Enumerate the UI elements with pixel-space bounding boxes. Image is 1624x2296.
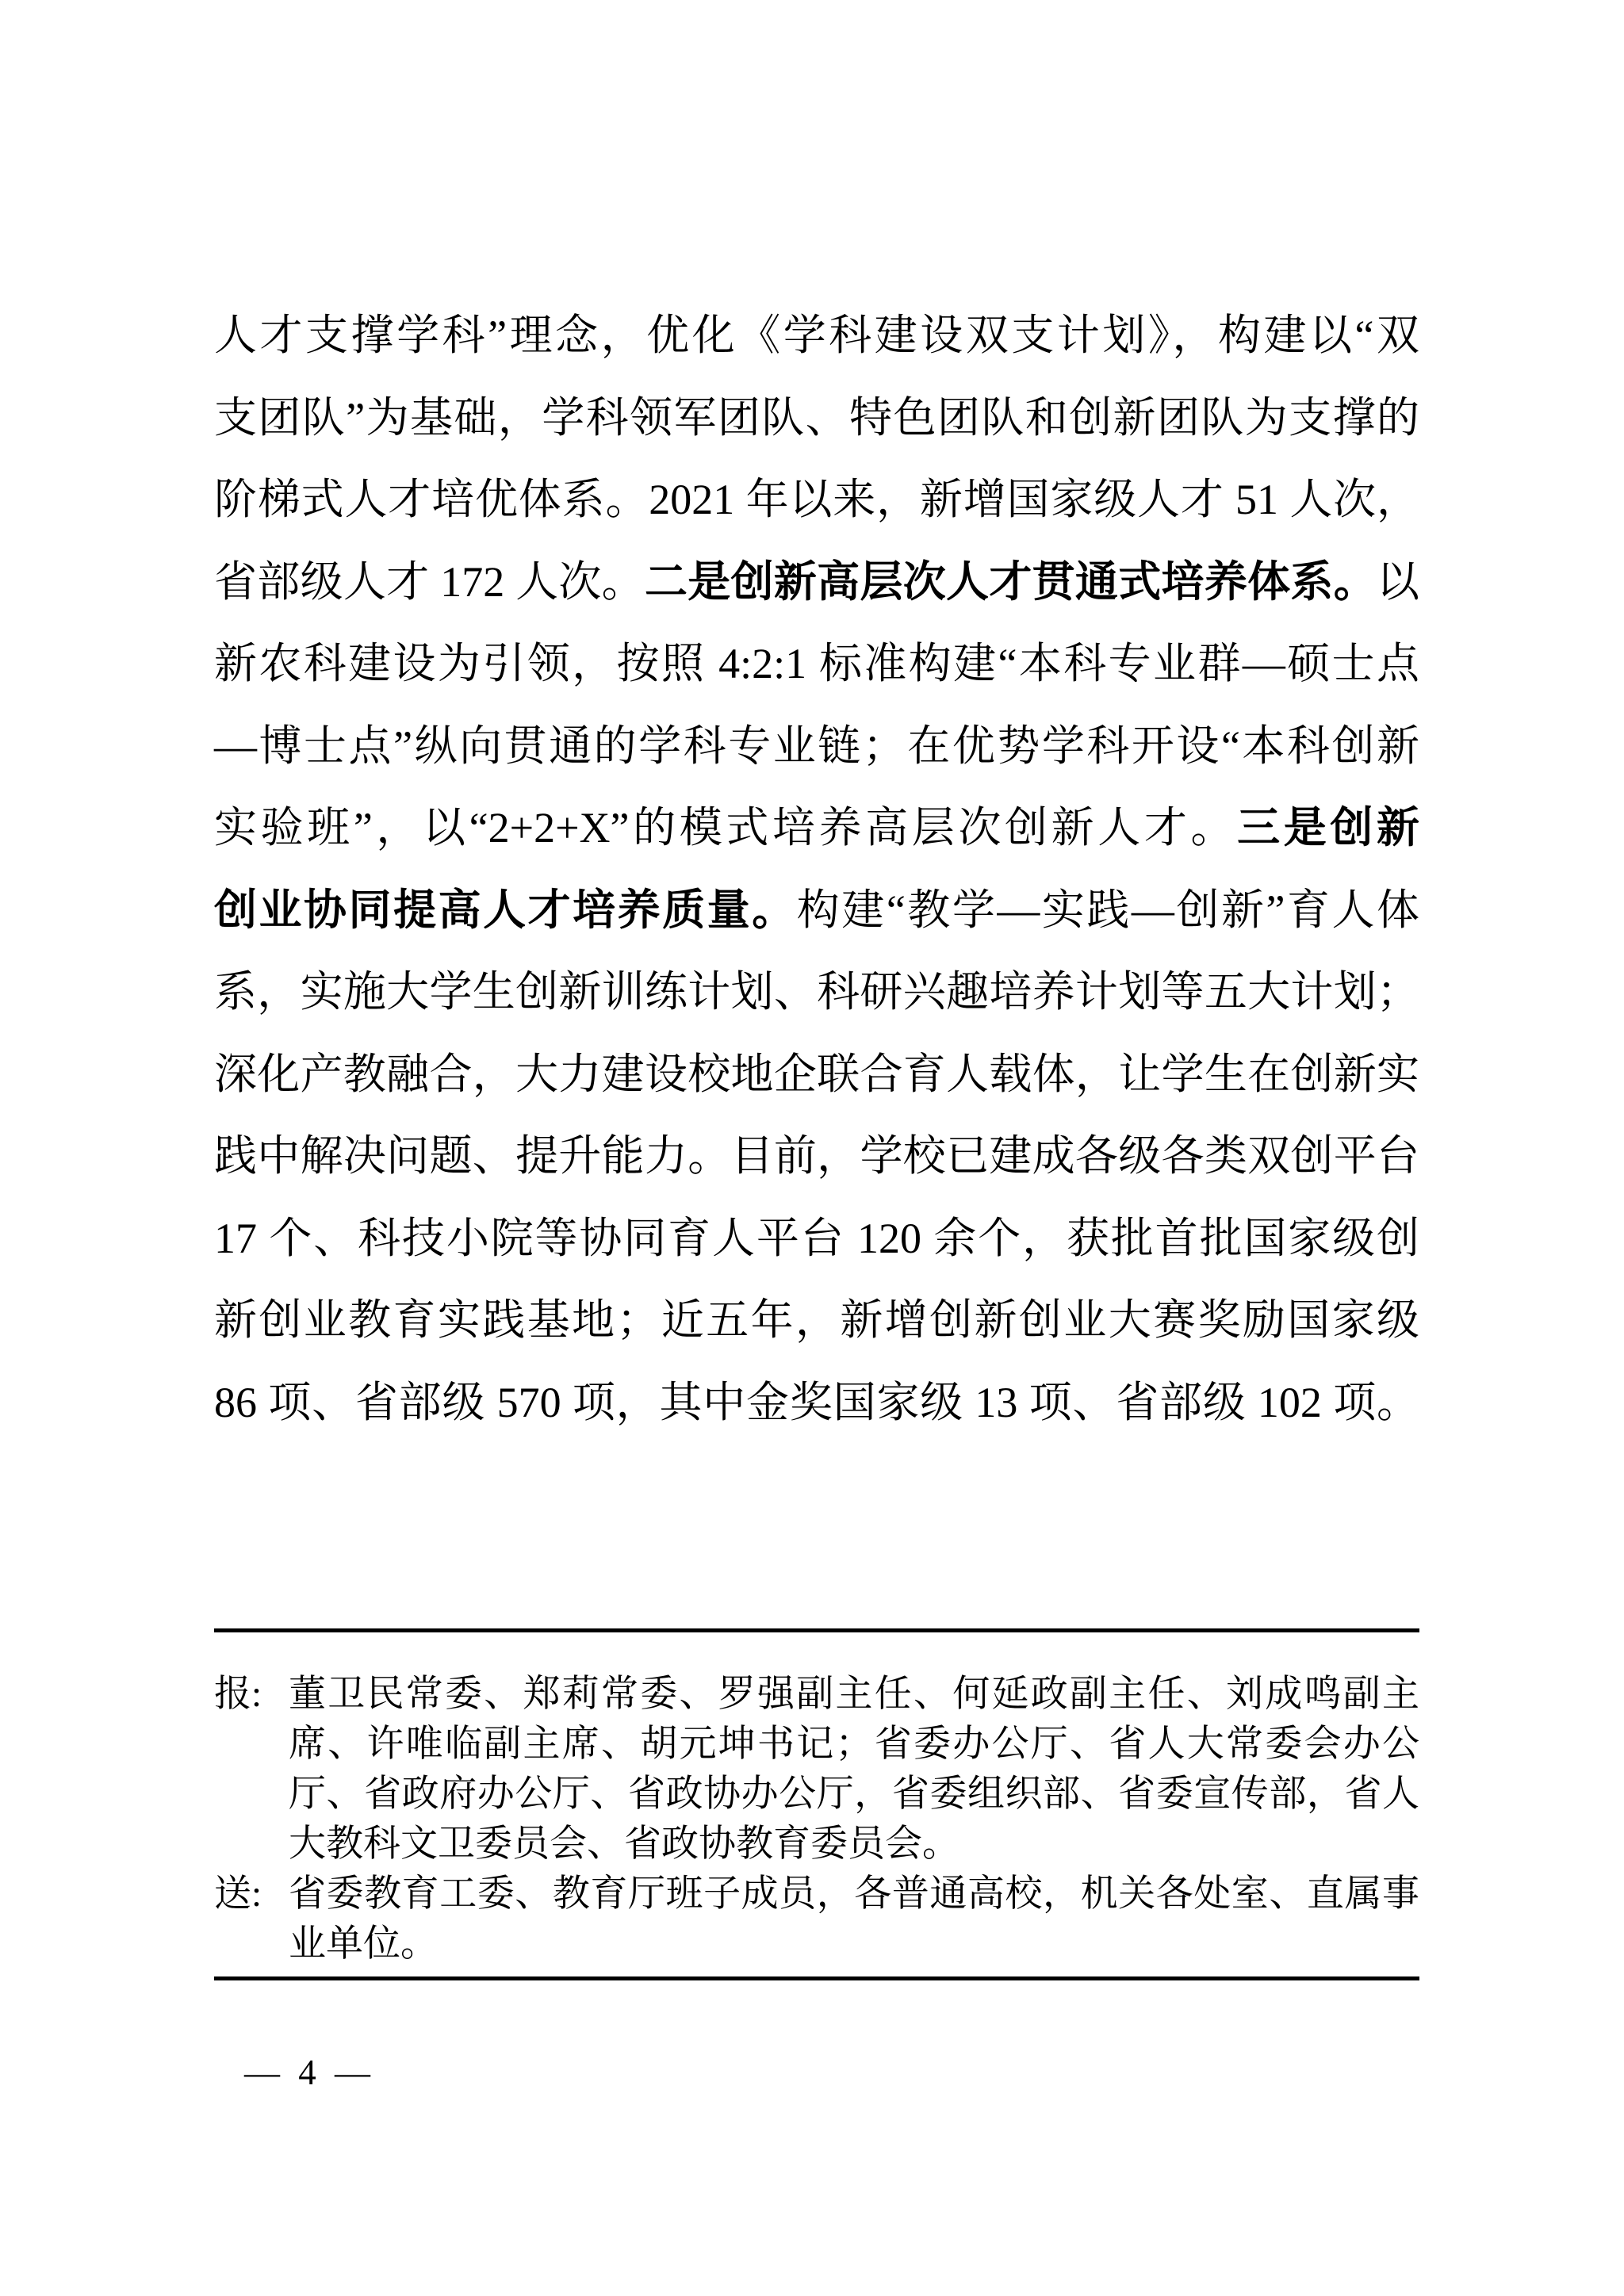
distribution-content: 董卫民常委、郑莉常委、罗强副主任、何延政副主任、刘成鸣副主席、许唯临副主席、胡元… (289, 1674, 1419, 1865)
body-line: 阶梯式人才培优体系。2021 年以来，新增国家级人才 51 人次， (214, 459, 1419, 541)
distribution-entry: 报:董卫民常委、郑莉常委、罗强副主任、何延政副主任、刘成鸣副主席、许唯临副主席、… (214, 1670, 1419, 1869)
document-body: 人才支撑学科”理念，优化《学科建设双支计划》，构建以“双支团队”为基础，学科领军… (214, 295, 1419, 1444)
distribution-entry: 送:省委教育工委、教育厅班子成员，各普通高校，机关各处室、直属事业单位。 (214, 1869, 1419, 1969)
body-line: 人才支撑学科”理念，优化《学科建设双支计划》，构建以“双 (214, 295, 1419, 377)
body-segment: 构建“教学—实践—创新”育人体 (797, 886, 1419, 934)
body-segment: 以 (1377, 558, 1419, 606)
body-line: 86 项、省部级 570 项，其中金奖国家级 13 项、省部级 102 项。 (214, 1362, 1419, 1445)
body-segment: 阶梯式人才培优体系。2021 年以来，新增国家级人才 51 人次， (214, 476, 1419, 523)
body-segment: 人才支撑学科”理念，优化《学科建设双支计划》，构建以“双 (214, 312, 1419, 359)
body-segment: 86 项、省部级 570 项，其中金奖国家级 13 项、省部级 102 项。 (214, 1379, 1419, 1426)
body-segment-emphasis: 创业协同提高人才培养质量。 (214, 886, 797, 934)
body-segment: 实验班”，以“2+2+X”的模式培养高层次创新人才。 (214, 804, 1237, 851)
distribution-content: 省委教育工委、教育厅班子成员，各普通高校，机关各处室、直属事业单位。 (289, 1873, 1419, 1965)
body-line: 践中解决问题、提升能力。目前，学校已建成各级各类双创平台 (214, 1115, 1419, 1198)
distribution-label: 送: (214, 1869, 262, 1919)
body-line: 新农科建设为引领，按照 4:2:1 标准构建“本科专业群—硕士点 (214, 623, 1419, 706)
distribution-rule-top (214, 1628, 1419, 1632)
body-segment: 17 个、科技小院等协同育人平台 120 余个，获批首批国家级创 (214, 1215, 1419, 1262)
body-line: 实验班”，以“2+2+X”的模式培养高层次创新人才。三是创新 (214, 787, 1419, 870)
page-number: — 4 — (244, 2053, 370, 2091)
distribution-rule-bottom (214, 1976, 1419, 1980)
body-segment: 新农科建设为引领，按照 4:2:1 标准构建“本科专业群—硕士点 (214, 640, 1419, 687)
body-segment: 深化产教融合，大力建设校地企联合育人载体，让学生在创新实 (214, 1050, 1419, 1098)
body-segment: 省部级人才 172 人次。 (214, 558, 645, 606)
body-line: 深化产教融合，大力建设校地企联合育人载体，让学生在创新实 (214, 1034, 1419, 1116)
body-segment: 支团队”为基础，学科领军团队、特色团队和创新团队为支撑的 (214, 394, 1419, 442)
body-line: 支团队”为基础，学科领军团队、特色团队和创新团队为支撑的 (214, 377, 1419, 460)
distribution-list: 报:董卫民常委、郑莉常委、罗强副主任、何延政副主任、刘成鸣副主席、许唯临副主席、… (214, 1670, 1419, 1969)
body-segment-emphasis: 三是创新 (1237, 804, 1419, 851)
distribution-label: 报: (214, 1670, 262, 1720)
body-segment: 践中解决问题、提升能力。目前，学校已建成各级各类双创平台 (214, 1132, 1419, 1180)
body-segment: 系，实施大学生创新训练计划、科研兴趣培养计划等五大计划； (214, 968, 1419, 1016)
body-line: 17 个、科技小院等协同育人平台 120 余个，获批首批国家级创 (214, 1198, 1419, 1280)
body-line: 系，实施大学生创新训练计划、科研兴趣培养计划等五大计划； (214, 951, 1419, 1034)
document-page: 人才支撑学科”理念，优化《学科建设双支计划》，构建以“双支团队”为基础，学科领军… (0, 0, 1624, 2296)
body-line: —博士点”纵向贯通的学科专业链；在优势学科开设“本科创新 (214, 706, 1419, 788)
body-line: 省部级人才 172 人次。二是创新高层次人才贯通式培养体系。以 (214, 541, 1419, 624)
body-segment: 新创业教育实践基地；近五年，新增创新创业大赛奖励国家级 (214, 1296, 1419, 1344)
body-segment-emphasis: 二是创新高层次人才贯通式培养体系。 (645, 558, 1377, 606)
body-segment: —博士点”纵向贯通的学科专业链；在优势学科开设“本科创新 (214, 722, 1419, 770)
body-line: 创业协同提高人才培养质量。构建“教学—实践—创新”育人体 (214, 870, 1419, 952)
body-line: 新创业教育实践基地；近五年，新增创新创业大赛奖励国家级 (214, 1280, 1419, 1362)
